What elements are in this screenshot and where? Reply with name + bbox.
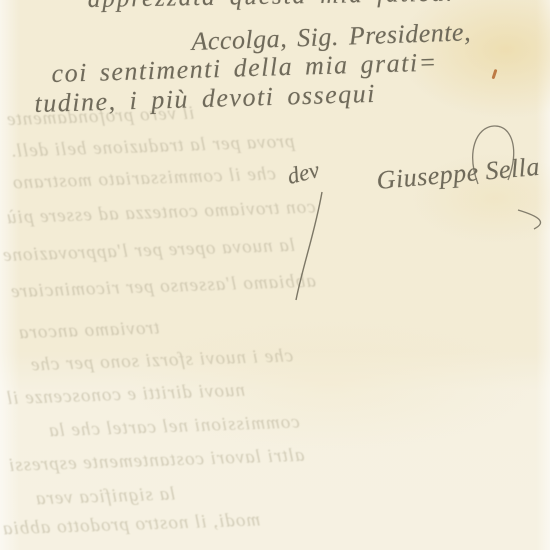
bleedthrough-line: la significa vera (35, 484, 176, 511)
bleedthrough-line: che il commissariato mostrano (12, 163, 276, 194)
bleedthrough-line: abbiamo l'assenso per ricominciare (10, 271, 317, 304)
letter-line-top-fragment: apprezzata questa mia fatica. (88, 0, 455, 14)
bleedthrough-line: modi, il nostro prodotto abbia (2, 510, 261, 541)
bleedthrough-line: troviamo ancora (18, 318, 160, 345)
letter-page: il vero profondamente prova per la tradu… (0, 0, 550, 550)
bleedthrough-line: con troviamo contezza ad essere più (6, 197, 316, 230)
bleedthrough-line: prova per la traduzione beli dell. (10, 131, 295, 163)
bleedthrough-line: la nuova opere per l'approvazione (2, 235, 296, 267)
signature-name: Giuseppe Sella (375, 152, 541, 196)
bleedthrough-line: nuovi diritti e conoscenze il (6, 380, 246, 410)
bleedthrough-line: altri lavori costantemente espressi (8, 445, 305, 477)
ink-mark (492, 69, 497, 79)
bleedthrough-line: che i nuovi sforzi sono per che (30, 345, 294, 376)
signature-prefix: dev (285, 157, 322, 190)
bleedthrough-line: commissioni nel cartel che la (48, 412, 300, 443)
